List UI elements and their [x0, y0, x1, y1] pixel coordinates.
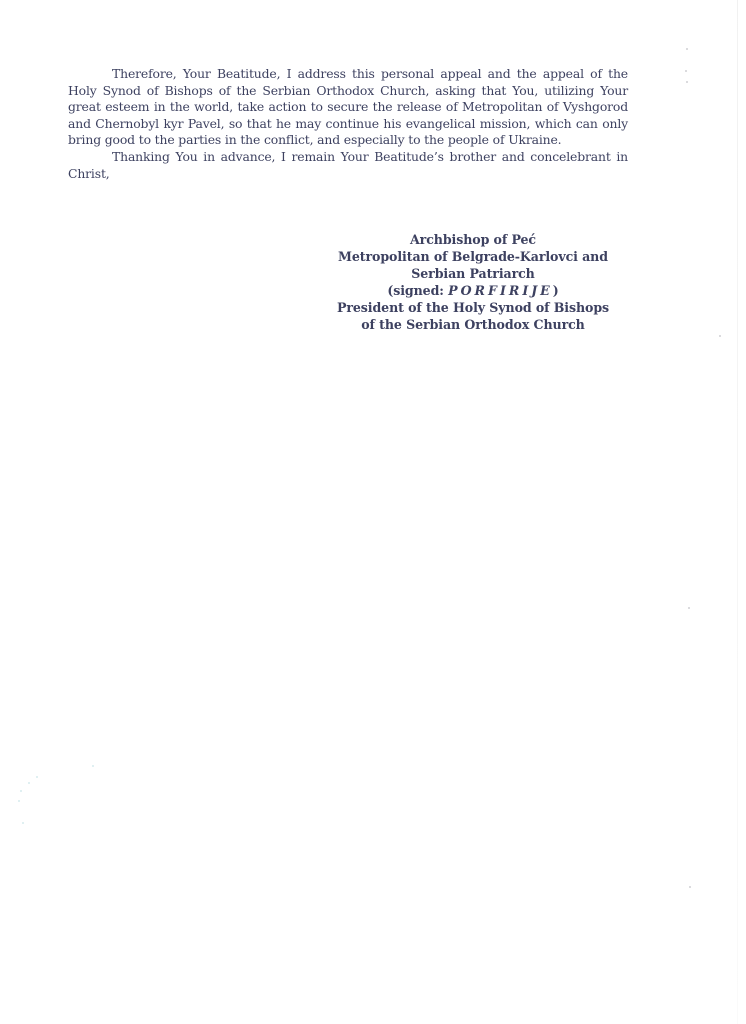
scan-speck — [686, 48, 688, 50]
signed-prefix: (signed: — [387, 283, 448, 298]
letter-body: Therefore, Your Beatitude, I address thi… — [68, 66, 628, 182]
scan-speck — [92, 765, 94, 767]
signature-title-metropolitan: Metropolitan of Belgrade-Karlovci and — [318, 248, 628, 265]
signature-signed-line: (signed: PORFIRIJE) — [318, 282, 628, 299]
signature-block: Archbishop of Peć Metropolitan of Belgra… — [318, 231, 628, 333]
signature-title-patriarch: Serbian Patriarch — [318, 265, 628, 282]
scan-speck — [685, 70, 687, 72]
scan-speck — [688, 607, 690, 609]
signature-title-church: of the Serbian Orthodox Church — [318, 316, 628, 333]
paragraph-closing: Thanking You in advance, I remain Your B… — [68, 149, 628, 182]
scan-speck — [22, 822, 24, 824]
scan-speck — [719, 335, 721, 337]
signature-title-president: President of the Holy Synod of Bishops — [318, 299, 628, 316]
signed-suffix: ) — [553, 283, 559, 298]
scan-speck — [18, 800, 20, 802]
scan-speck — [686, 81, 688, 83]
scan-speck — [20, 790, 22, 792]
document-page: Therefore, Your Beatitude, I address thi… — [0, 0, 746, 1024]
signature-title-archbishop: Archbishop of Peć — [318, 231, 628, 248]
signed-name: PORFIRIJE — [448, 283, 553, 298]
paragraph-appeal: Therefore, Your Beatitude, I address thi… — [68, 66, 628, 149]
scan-speck — [28, 782, 30, 784]
scan-speck — [689, 886, 691, 888]
page-edge-shadow — [737, 0, 738, 1024]
scan-speck — [36, 776, 38, 778]
